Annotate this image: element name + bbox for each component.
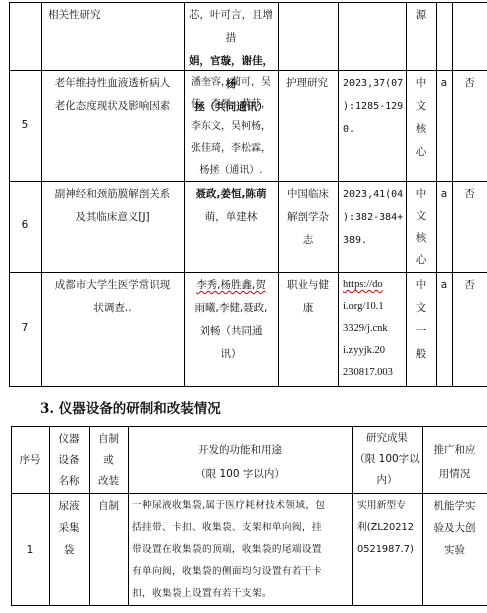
section-title: 3. 仪器设备的研制和改装情况 bbox=[40, 397, 221, 417]
author-line: 潘奎容，蔺可，吴 bbox=[184, 72, 278, 94]
title-cell: 成都市大学生医学常识现 状调查.. bbox=[41, 274, 184, 320]
category-char: 文 bbox=[406, 297, 436, 320]
category-char: 般 bbox=[406, 343, 436, 366]
category-char: 文 bbox=[406, 95, 436, 118]
category-cell: 中 文 核 心 bbox=[406, 183, 436, 271]
table-border bbox=[11, 426, 487, 427]
journal-line: 解剖学杂 bbox=[278, 206, 338, 229]
table-border bbox=[9, 2, 487, 3]
journal-line: 中国临床 bbox=[278, 183, 338, 206]
usage-line: 实验 bbox=[422, 539, 487, 561]
row-divider bbox=[11, 493, 487, 494]
index-cell: 6 bbox=[9, 214, 41, 237]
author-line: 李秀,杨胜鑫,贺 bbox=[184, 274, 278, 297]
flag-cell: 否 bbox=[452, 72, 487, 95]
category-char: 核 bbox=[406, 227, 436, 249]
journal-line: 志 bbox=[278, 229, 338, 252]
function-line: 扣，收集袋上设置有若干支架。 bbox=[132, 583, 352, 605]
author-line: 萌，单建林 bbox=[184, 206, 278, 229]
name-cell: 尿液 采集 袋 bbox=[49, 495, 89, 561]
citation-line: 2023,37(07 bbox=[343, 72, 406, 95]
flag-cell: 否 bbox=[452, 183, 487, 206]
header-made: 自制 或 改装 bbox=[89, 429, 128, 492]
result-line: 0521987.7) bbox=[357, 539, 422, 561]
function-line: 带设置在收集袋的顶端，收集袋的尾端设置 bbox=[132, 539, 352, 561]
table-border bbox=[11, 605, 487, 606]
citation-cell: 2023,41(04 ):382-384+ 389. bbox=[343, 183, 406, 252]
citation-line: 0. bbox=[343, 118, 406, 141]
category-char: 中 bbox=[406, 72, 436, 95]
title-line: 及其临床意义[J] bbox=[41, 206, 184, 229]
citation-line: i.org/10.1 bbox=[343, 296, 406, 318]
header-line: （限 100字以 bbox=[352, 449, 422, 470]
title-line: 状调查.. bbox=[41, 297, 184, 320]
author-line: 佳，李琴，黄莎， bbox=[184, 94, 278, 116]
journal-line: 康 bbox=[278, 297, 338, 320]
name-line: 尿液 bbox=[49, 495, 89, 517]
index-cell: 5 bbox=[9, 114, 41, 137]
category-cell: 中 文 核 心 bbox=[406, 72, 436, 164]
header-line: 推广和应 bbox=[422, 438, 487, 462]
journal-line: 护理研究 bbox=[286, 72, 338, 95]
col-divider bbox=[338, 2, 339, 387]
made-cell: 自制 bbox=[89, 495, 128, 517]
function-cell: 一种尿液收集袋,属于医疗耗材技术领域，包 括挂带、卡扣、收集袋、支架和单向阀，挂… bbox=[132, 495, 352, 605]
level-cell: a bbox=[436, 274, 452, 297]
authors-cell: 聂政,姜恒,陈萌 萌，单建林 bbox=[184, 183, 278, 229]
author-line: 杨拯（通讯）. bbox=[184, 160, 278, 182]
header-function: 开发的功能和用途 （限 100 字以内） bbox=[128, 438, 352, 486]
header-line: 改装 bbox=[89, 471, 128, 492]
function-line: 一种尿液收集袋,属于医疗耗材技术领域，包 bbox=[132, 495, 352, 517]
flag-cell: 否 bbox=[452, 274, 487, 297]
header-line: 用情况 bbox=[422, 462, 487, 486]
category-cell: 中 文 一 般 bbox=[406, 274, 436, 366]
category-char: 一 bbox=[406, 320, 436, 343]
author-line: 聂政,姜恒,陈萌 bbox=[184, 183, 278, 206]
journal-line: 职业与健 bbox=[278, 274, 338, 297]
title-line: 老年维持性血液透析病人 bbox=[41, 72, 184, 95]
name-line: 袋 bbox=[49, 539, 89, 561]
citation-line: ):382-384+ bbox=[343, 206, 406, 229]
journal-cell: 中国临床 解剖学杂 志 bbox=[278, 183, 338, 252]
usage-line: 机能学实 bbox=[422, 495, 487, 517]
title-line: 副神经和颈筋膜解剖关系 bbox=[41, 183, 184, 206]
index-cell: 7 bbox=[9, 317, 41, 340]
header-name: 仪器 设备 名称 bbox=[49, 429, 89, 492]
table-border bbox=[9, 386, 487, 387]
header-line: 名称 bbox=[49, 471, 89, 492]
level-cell: a bbox=[436, 183, 452, 206]
level-cell: a bbox=[436, 72, 452, 95]
category-char: 文 bbox=[406, 205, 436, 227]
title-line: 老化态度现状及影响因素 bbox=[41, 95, 184, 118]
name-line: 采集 bbox=[49, 517, 89, 539]
category-char: 中 bbox=[406, 183, 436, 205]
header-line: 内） bbox=[352, 470, 422, 491]
header-line: 研究成果 bbox=[352, 428, 422, 449]
category-char: 心 bbox=[406, 141, 436, 164]
header-line: 开发的功能和用途 bbox=[128, 438, 352, 462]
author-line: 刘畅（共同通 bbox=[184, 320, 278, 343]
category-cell: 源 bbox=[406, 4, 436, 27]
citation-line: i.zyyjk.20 bbox=[343, 340, 406, 362]
title-line: 成都市大学生医学常识现 bbox=[41, 274, 184, 297]
header-line: 自制 bbox=[89, 429, 128, 450]
citation-cell: 2023,37(07 ):1285-129 0. bbox=[343, 72, 406, 141]
citation-line: https://do bbox=[343, 274, 406, 296]
author-line: 芯，叶可言，且增措 bbox=[184, 4, 278, 50]
citation-line: 389. bbox=[343, 229, 406, 252]
index-cell: 1 bbox=[11, 539, 49, 562]
citation-line: 2023,41(04 bbox=[343, 183, 406, 206]
author-line: 张佳琦，李松霖， bbox=[184, 138, 278, 160]
header-line: 设备 bbox=[49, 450, 89, 471]
citation-line: 3329/j.cnk bbox=[343, 318, 406, 340]
header-index: 序号 bbox=[11, 449, 49, 472]
category-char: 源 bbox=[406, 4, 436, 27]
authors-cell: 潘奎容，蔺可，吴 佳，李琴，黄莎， 李东文，吴柯杨， 张佳琦，李松霖， 杨拯（通… bbox=[184, 72, 278, 182]
row-divider bbox=[9, 272, 487, 273]
title-line: 相关性研究 bbox=[48, 4, 182, 27]
function-line: 有单向阀，收集袋的侧面均匀设置有若干卡 bbox=[132, 561, 352, 583]
author-line: 雨曦,李健,聂政, bbox=[184, 297, 278, 320]
header-line: （限 100 字以内） bbox=[128, 462, 352, 486]
author-line: 李东文，吴柯杨， bbox=[184, 116, 278, 138]
result-line: 实用新型专 bbox=[357, 495, 422, 517]
title-cell: 副神经和颈筋膜解剖关系 及其临床意义[J] bbox=[41, 183, 184, 229]
header-line: 仪器 bbox=[49, 429, 89, 450]
title-cell: 相关性研究 bbox=[48, 4, 182, 27]
header-line: 或 bbox=[89, 450, 128, 471]
header-result: 研究成果 （限 100字以 内） bbox=[352, 428, 422, 491]
category-char: 核 bbox=[406, 118, 436, 141]
header-usage: 推广和应 用情况 bbox=[422, 438, 487, 486]
author-line: 讯） bbox=[184, 343, 278, 366]
citation-line: 230817.003 bbox=[343, 362, 406, 384]
category-char: 中 bbox=[406, 274, 436, 297]
usage-cell: 机能学实 验及大创 实验 bbox=[422, 495, 487, 561]
citation-line: ):1285-129 bbox=[343, 95, 406, 118]
authors-cell: 李秀,杨胜鑫,贺 雨曦,李健,聂政, 刘畅（共同通 讯） bbox=[184, 274, 278, 366]
result-line: 利(ZL20212 bbox=[357, 517, 422, 539]
title-cell: 老年维持性血液透析病人 老化态度现状及影响因素 bbox=[41, 72, 184, 118]
citation-cell: https://do i.org/10.1 3329/j.cnk i.zyyjk… bbox=[343, 274, 406, 384]
result-cell: 实用新型专 利(ZL20212 0521987.7) bbox=[357, 495, 422, 561]
function-line: 括挂带、卡扣、收集袋、支架和单向阀，挂 bbox=[132, 517, 352, 539]
journal-cell: 职业与健 康 bbox=[278, 274, 338, 320]
category-char: 心 bbox=[406, 249, 436, 271]
usage-line: 验及大创 bbox=[422, 517, 487, 539]
journal-cell: 护理研究 bbox=[286, 72, 338, 95]
